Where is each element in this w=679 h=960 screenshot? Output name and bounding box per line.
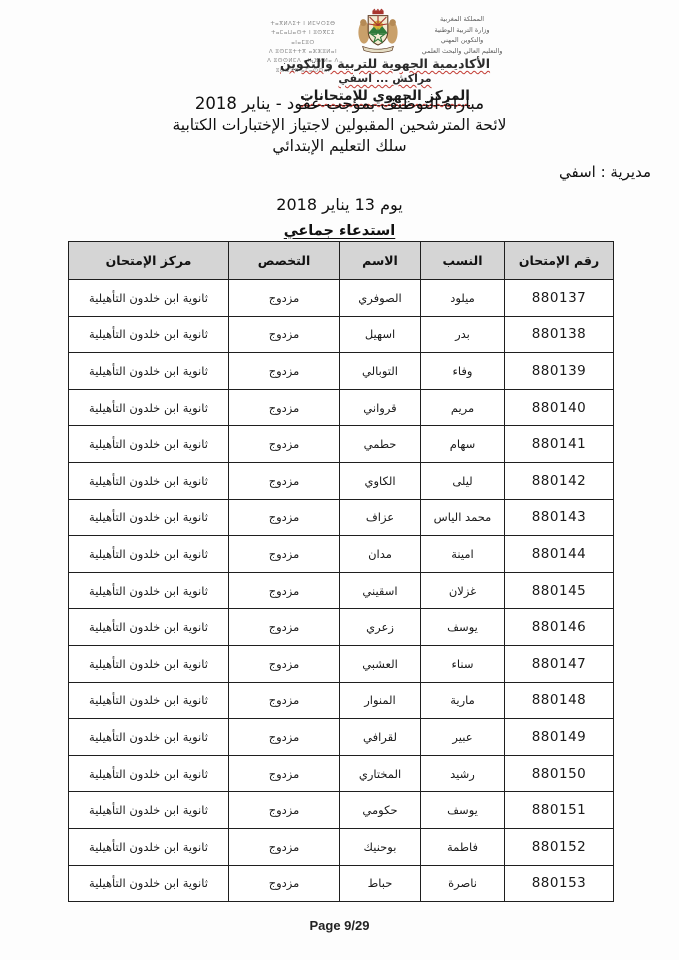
academy-name: الأكاديمية الجهوية للتربية والتكوين bbox=[235, 56, 535, 71]
cell-surname: وفاء bbox=[421, 353, 505, 390]
document-page: { "letterhead": { "tifinagh_lines": [ "ⵜ… bbox=[0, 0, 679, 960]
cell-specialization: مزدوج bbox=[229, 280, 340, 317]
table-row: 880144امينةمدانمزدوجثانوية ابن خلدون الت… bbox=[69, 536, 614, 573]
cell-first-name: الكاوي bbox=[340, 462, 421, 499]
cell-specialization: مزدوج bbox=[229, 682, 340, 719]
cell-first-name: اسقيني bbox=[340, 572, 421, 609]
cell-surname: ناصرة bbox=[421, 865, 505, 902]
academy-region: مراكش ... اسفي bbox=[235, 72, 535, 85]
cell-exam-number: 880139 bbox=[505, 353, 614, 390]
ministry-line: والتكوين المهني bbox=[412, 35, 512, 46]
cell-exam-number: 880143 bbox=[505, 499, 614, 536]
cell-surname: فاطمة bbox=[421, 828, 505, 865]
cell-exam-center: ثانوية ابن خلدون التأهيلية bbox=[69, 353, 229, 390]
table-row: 880146يوسفزعريمزدوجثانوية ابن خلدون التأ… bbox=[69, 609, 614, 646]
cell-exam-number: 880150 bbox=[505, 755, 614, 792]
cell-specialization: مزدوج bbox=[229, 865, 340, 902]
cell-specialization: مزدوج bbox=[229, 792, 340, 829]
cell-first-name: التوبالي bbox=[340, 353, 421, 390]
table-row: 880141سهامحطميمزدوجثانوية ابن خلدون التأ… bbox=[69, 426, 614, 463]
header-exam-center: مركز الإمتحان bbox=[69, 242, 229, 280]
cell-specialization: مزدوج bbox=[229, 462, 340, 499]
tifinagh-line: ⵜⴰⴳⵍⴷⵉⵜ ⵏ ⵍⵎⵖⵔⵉⴱ bbox=[262, 20, 344, 29]
cycle-subtitle: سلك التعليم الإبتدائي bbox=[0, 136, 679, 157]
table-row: 880138بدراسهيلمزدوجثانوية ابن خلدون التأ… bbox=[69, 316, 614, 353]
cell-first-name: حباط bbox=[340, 865, 421, 902]
table-row: 880137ميلودالصوفريمزدوجثانوية ابن خلدون … bbox=[69, 280, 614, 317]
cell-exam-number: 880152 bbox=[505, 828, 614, 865]
table-body: 880137ميلودالصوفريمزدوجثانوية ابن خلدون … bbox=[69, 280, 614, 902]
cell-exam-number: 880138 bbox=[505, 316, 614, 353]
header-surname: النسب bbox=[421, 242, 505, 280]
cell-first-name: لقرافي bbox=[340, 719, 421, 756]
document-titles: مباراة التوظيف بموجب عقود - يناير 2018 ل… bbox=[0, 93, 679, 157]
cell-specialization: مزدوج bbox=[229, 645, 340, 682]
list-subtitle: لائحة المترشحين المقبولين لاجتياز الإختب… bbox=[0, 115, 679, 136]
cell-exam-center: ثانوية ابن خلدون التأهيلية bbox=[69, 865, 229, 902]
cell-specialization: مزدوج bbox=[229, 536, 340, 573]
cell-exam-number: 880144 bbox=[505, 536, 614, 573]
cell-surname: مريم bbox=[421, 389, 505, 426]
cell-exam-center: ثانوية ابن خلدون التأهيلية bbox=[69, 462, 229, 499]
directorate-label: مديرية : اسفي bbox=[559, 163, 651, 181]
cell-surname: بدر bbox=[421, 316, 505, 353]
cell-exam-number: 880149 bbox=[505, 719, 614, 756]
cell-exam-number: 880142 bbox=[505, 462, 614, 499]
cell-exam-center: ثانوية ابن خلدون التأهيلية bbox=[69, 426, 229, 463]
cell-first-name: الصوفري bbox=[340, 280, 421, 317]
header-first-name: الاسم bbox=[340, 242, 421, 280]
cell-exam-center: ثانوية ابن خلدون التأهيلية bbox=[69, 389, 229, 426]
table-row: 880143محمد الياسعزافمزدوجثانوية ابن خلدو… bbox=[69, 499, 614, 536]
morocco-coat-of-arms-icon bbox=[357, 8, 399, 54]
table-row: 880147سناءالعشبيمزدوجثانوية ابن خلدون ال… bbox=[69, 645, 614, 682]
cell-first-name: بوحنيك bbox=[340, 828, 421, 865]
cell-first-name: المختاري bbox=[340, 755, 421, 792]
ministry-line: وزارة التربية الوطنية bbox=[412, 25, 512, 36]
tifinagh-line: ⵜⴰⵎⴰⵡⴰⵙⵜ ⵏ ⵓⵙⴳⵎⵉ ⴰⵏⴰⵎⵓⵔ bbox=[262, 29, 344, 48]
table-row: 880140مريمقروانيمزدوجثانوية ابن خلدون ال… bbox=[69, 389, 614, 426]
cell-exam-center: ثانوية ابن خلدون التأهيلية bbox=[69, 645, 229, 682]
cell-exam-center: ثانوية ابن خلدون التأهيلية bbox=[69, 719, 229, 756]
cell-specialization: مزدوج bbox=[229, 499, 340, 536]
cell-surname: غزلان bbox=[421, 572, 505, 609]
cell-surname: رشيد bbox=[421, 755, 505, 792]
cell-exam-center: ثانوية ابن خلدون التأهيلية bbox=[69, 536, 229, 573]
ministry-line: المملكة المغربية bbox=[412, 14, 512, 25]
cell-first-name: مدان bbox=[340, 536, 421, 573]
cell-first-name: حكومي bbox=[340, 792, 421, 829]
cell-specialization: مزدوج bbox=[229, 828, 340, 865]
cell-exam-center: ثانوية ابن خلدون التأهيلية bbox=[69, 572, 229, 609]
cell-specialization: مزدوج bbox=[229, 353, 340, 390]
cell-exam-number: 880147 bbox=[505, 645, 614, 682]
cell-specialization: مزدوج bbox=[229, 755, 340, 792]
table-row: 880142ليلىالكاويمزدوجثانوية ابن خلدون ال… bbox=[69, 462, 614, 499]
cell-surname: مارية bbox=[421, 682, 505, 719]
table-row: 880145غزلاناسقينيمزدوجثانوية ابن خلدون ا… bbox=[69, 572, 614, 609]
competition-title: مباراة التوظيف بموجب عقود - يناير 2018 bbox=[0, 93, 679, 115]
table-row: 880153ناصرةحباطمزدوجثانوية ابن خلدون الت… bbox=[69, 865, 614, 902]
cell-exam-number: 880148 bbox=[505, 682, 614, 719]
cell-surname: ليلى bbox=[421, 462, 505, 499]
cell-surname: محمد الياس bbox=[421, 499, 505, 536]
cell-exam-number: 880151 bbox=[505, 792, 614, 829]
cell-specialization: مزدوج bbox=[229, 719, 340, 756]
candidates-table-wrap: رقم الإمتحان النسب الاسم التخصص مركز الإ… bbox=[68, 241, 614, 902]
cell-exam-center: ثانوية ابن خلدون التأهيلية bbox=[69, 280, 229, 317]
cell-exam-center: ثانوية ابن خلدون التأهيلية bbox=[69, 755, 229, 792]
candidates-table: رقم الإمتحان النسب الاسم التخصص مركز الإ… bbox=[68, 241, 614, 902]
cell-exam-center: ثانوية ابن خلدون التأهيلية bbox=[69, 609, 229, 646]
cell-exam-center: ثانوية ابن خلدون التأهيلية bbox=[69, 828, 229, 865]
cell-first-name: حطمي bbox=[340, 426, 421, 463]
exam-date: يوم 13 يناير 2018 bbox=[0, 195, 679, 214]
table-row: 880139وفاءالتوباليمزدوجثانوية ابن خلدون … bbox=[69, 353, 614, 390]
cell-specialization: مزدوج bbox=[229, 316, 340, 353]
cell-surname: يوسف bbox=[421, 792, 505, 829]
cell-specialization: مزدوج bbox=[229, 389, 340, 426]
cell-first-name: زعري bbox=[340, 609, 421, 646]
header-specialization: التخصص bbox=[229, 242, 340, 280]
table-row: 880152فاطمةبوحنيكمزدوجثانوية ابن خلدون ا… bbox=[69, 828, 614, 865]
cell-exam-number: 880137 bbox=[505, 280, 614, 317]
cell-first-name: قرواني bbox=[340, 389, 421, 426]
table-header-row: رقم الإمتحان النسب الاسم التخصص مركز الإ… bbox=[69, 242, 614, 280]
cell-exam-number: 880146 bbox=[505, 609, 614, 646]
cell-first-name: المنوار bbox=[340, 682, 421, 719]
cell-specialization: مزدوج bbox=[229, 609, 340, 646]
cell-surname: ميلود bbox=[421, 280, 505, 317]
cell-specialization: مزدوج bbox=[229, 426, 340, 463]
cell-first-name: العشبي bbox=[340, 645, 421, 682]
cell-first-name: اسهيل bbox=[340, 316, 421, 353]
cell-specialization: مزدوج bbox=[229, 572, 340, 609]
table-row: 880148ماريةالمنوارمزدوجثانوية ابن خلدون … bbox=[69, 682, 614, 719]
cell-surname: امينة bbox=[421, 536, 505, 573]
cell-exam-number: 880141 bbox=[505, 426, 614, 463]
page-number: Page 9/29 bbox=[0, 918, 679, 933]
cell-exam-center: ثانوية ابن خلدون التأهيلية bbox=[69, 682, 229, 719]
cell-exam-number: 880145 bbox=[505, 572, 614, 609]
table-row: 880151يوسفحكوميمزدوجثانوية ابن خلدون الت… bbox=[69, 792, 614, 829]
cell-first-name: عزاف bbox=[340, 499, 421, 536]
header-exam-number: رقم الإمتحان bbox=[505, 242, 614, 280]
table-row: 880150رشيدالمختاريمزدوجثانوية ابن خلدون … bbox=[69, 755, 614, 792]
cell-exam-center: ثانوية ابن خلدون التأهيلية bbox=[69, 316, 229, 353]
cell-surname: سهام bbox=[421, 426, 505, 463]
ministry-name-arabic: المملكة المغربية وزارة التربية الوطنية و… bbox=[412, 14, 512, 57]
cell-surname: عبير bbox=[421, 719, 505, 756]
cell-surname: سناء bbox=[421, 645, 505, 682]
cell-exam-number: 880140 bbox=[505, 389, 614, 426]
cell-exam-center: ثانوية ابن خلدون التأهيلية bbox=[69, 792, 229, 829]
cell-surname: يوسف bbox=[421, 609, 505, 646]
cell-exam-center: ثانوية ابن خلدون التأهيلية bbox=[69, 499, 229, 536]
collective-summons-title: استدعاء جماعي bbox=[284, 223, 396, 239]
table-row: 880149عبيرلقرافيمزدوجثانوية ابن خلدون ال… bbox=[69, 719, 614, 756]
cell-exam-number: 880153 bbox=[505, 865, 614, 902]
